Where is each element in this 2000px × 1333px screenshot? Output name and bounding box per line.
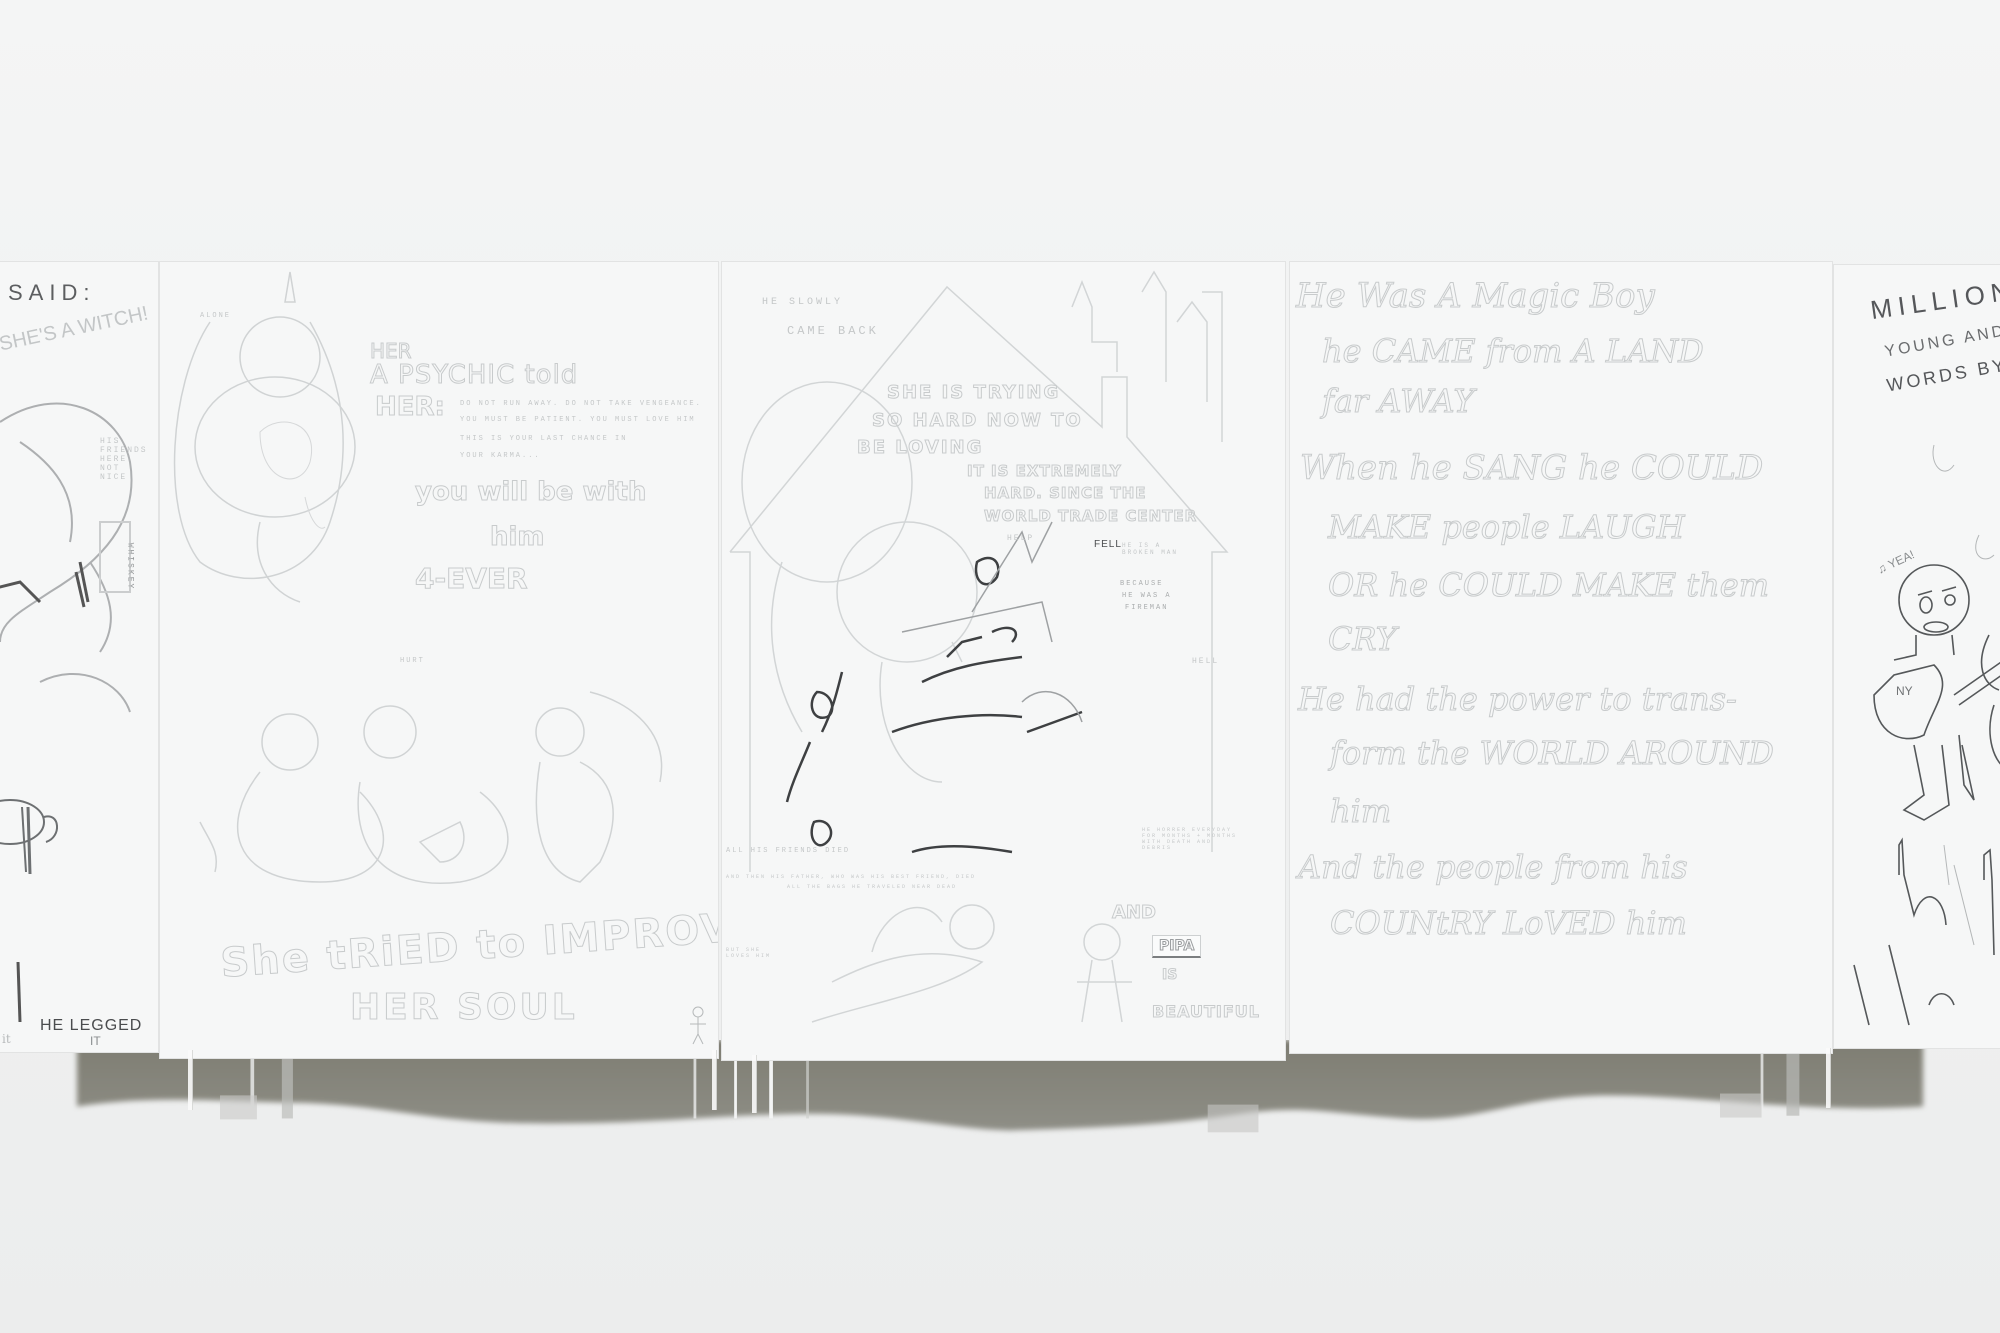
panel5-sketch: NY	[1834, 265, 2000, 1048]
panel1-corner: it	[2, 1032, 11, 1046]
drawing-panel-2: ALONE HER A PSYCHIC told HER: DO NOT RUN…	[160, 262, 718, 1058]
panel3-and: AND	[1112, 902, 1156, 923]
panel3-died: ALL HIS FRIENDS DIED	[726, 847, 850, 855]
acrylic-clip-2	[712, 1050, 716, 1110]
drawing-panel-1: SAID: SHE'S A WITCH! HIS FRIENDS HERE NO…	[0, 262, 158, 1052]
panel3-is: IS	[1162, 967, 1177, 983]
panel3-roof-1: SHE IS TRYING	[887, 382, 1060, 403]
acrylic-clip-3	[752, 1055, 756, 1113]
panel3-body-2: HARD. SINCE THE	[984, 484, 1147, 502]
drawing-panel-4: He Was A Magic Boy he CAME from A LAND f…	[1290, 262, 1832, 1053]
panel3-because-2: HE WAS A	[1122, 592, 1172, 600]
panel3-roof-3: BE LOVING	[857, 437, 983, 458]
panel1-sketch	[0, 262, 158, 1052]
panel3-header-1: HE SLOWLY	[762, 297, 843, 308]
panel1-footer-1: HE LEGGED	[40, 1017, 142, 1035]
panel3-because-3: FIREMAN	[1125, 604, 1168, 612]
poem-line-8: He had the power to trans-	[1298, 680, 1737, 718]
drawing-panel-3: HE SLOWLY CAME BACK SHE IS TRYING SO HAR…	[722, 262, 1285, 1060]
panel3-help: HELP	[1007, 534, 1034, 543]
panel3-fell-note: HE IS A BROKEN MAN	[1122, 542, 1192, 556]
panel3-because-1: BECAUSE	[1120, 580, 1163, 588]
poem-line-9: form the WORLD AROUND	[1330, 734, 1774, 772]
panel5-guitar-mark: NY	[1896, 684, 1913, 698]
poem-line-7: CRY	[1328, 620, 1397, 658]
panel3-beautiful: BEAUTIFUL	[1152, 1002, 1260, 1021]
acrylic-clip-1	[188, 1050, 192, 1110]
panel3-father-1: AND THEN HIS FATHER, WHO WAS HIS BEST FR…	[726, 874, 976, 880]
poem-line-6: OR he COULD MAKE them	[1328, 566, 1769, 604]
poem-line-10: him	[1330, 792, 1391, 830]
panel3-but: BUT SHE LOVES HIM	[726, 947, 786, 959]
poem-line-1: He Was A Magic Boy	[1296, 276, 1655, 316]
poem-line-12: COUNtRY LoVED him	[1330, 904, 1687, 942]
panel3-horror: HE HORRER EVERYDAY FOR MONTHS + MONTHS W…	[1142, 827, 1242, 851]
poem-line-4: When he SANG he COULD	[1300, 448, 1763, 488]
panel3-pipa-label: PIPA	[1152, 935, 1201, 958]
panel3-body-1: IT IS EXTREMELY	[967, 462, 1122, 480]
panel3-father-2: ALL THE BAGS HE TRAVELED NEAR DEAD	[787, 884, 957, 890]
poem-line-11: And the people from his	[1298, 848, 1688, 886]
panel3-hell: HELL	[1192, 657, 1219, 666]
panel3-fell: FELL	[1094, 539, 1122, 550]
panel1-footer-2: IT	[90, 1034, 101, 1048]
acrylic-clip-4	[1826, 1048, 1830, 1108]
panel2-stick-figure	[160, 262, 718, 1058]
poem-line-5: MAKE people LAUGH	[1328, 508, 1685, 546]
panel3-roof-2: SO HARD NOW TO	[872, 410, 1083, 431]
panel3-body-3: WORLD TRADE CENTER	[984, 507, 1197, 525]
panel3-header-2: CAME BACK	[787, 324, 879, 338]
poem-line-3: far AWAY	[1322, 382, 1474, 420]
poem-line-2: he CAME from A LAND	[1322, 332, 1704, 370]
drawing-panel-5: MILLION YOUNG AND WORDS BY ♫ YEA! NY	[1834, 265, 2000, 1048]
